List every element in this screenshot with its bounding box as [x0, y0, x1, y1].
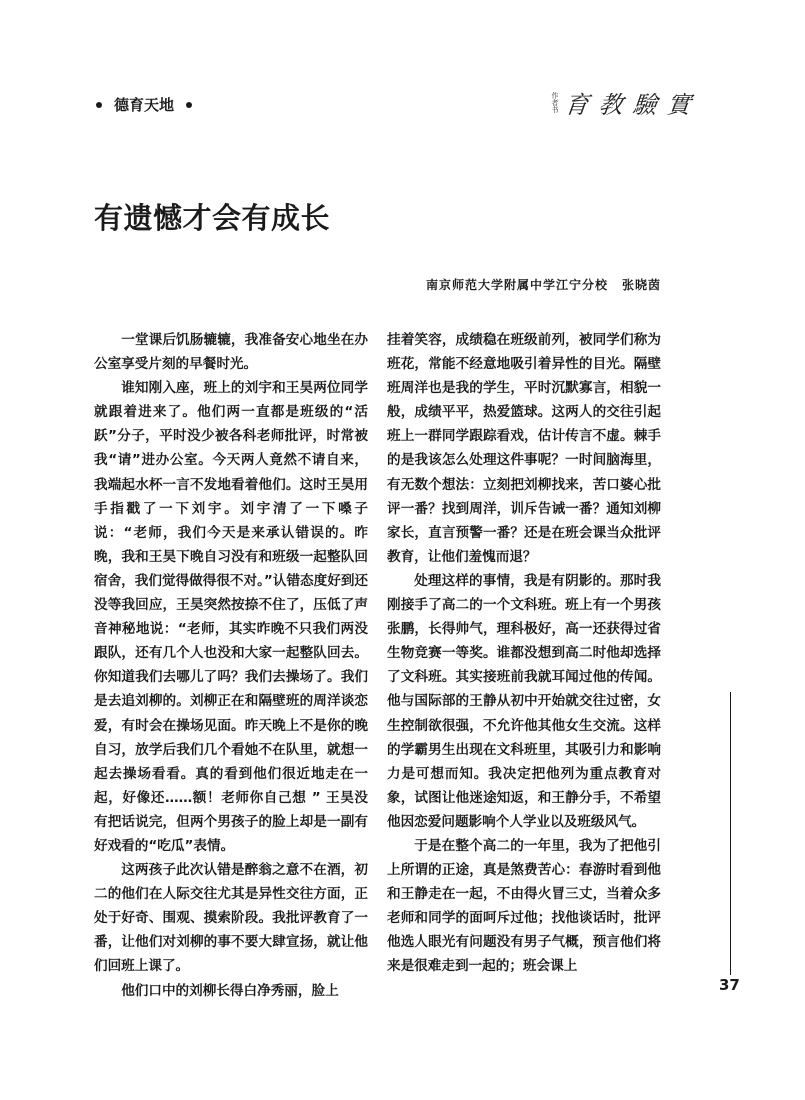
paragraph-continued: 挂着笑容，成绩稳在班级前列，被同学们称为班花，常能不经意地吸引着异性的目光。隔壁… — [387, 328, 661, 569]
bullet-icon — [96, 102, 102, 108]
paragraph: 处理这样的事情，我是有阴影的。那时我刚接手了高二的一个文科班。班上有一个男孩张鹏… — [387, 569, 661, 834]
left-column: 一堂课后饥肠辘辘，我准备安心地坐在办公室享受片刻的早餐时光。 谁知刚入座，班上的… — [94, 328, 368, 1003]
paragraph: 这两孩子此次认错是醉翁之意不在酒，初二的他们在人际交往尤其是异性交往方面，正处于… — [94, 858, 368, 978]
article-title: 有遗憾才会有成长 — [94, 196, 330, 237]
author-name: 张晓茵 — [622, 278, 661, 292]
margin-rule — [730, 692, 731, 975]
paragraph: 一堂课后饥肠辘辘，我准备安心地坐在办公室享受片刻的早餐时光。 — [94, 328, 368, 376]
masthead-seal: 作者书 — [550, 92, 559, 113]
paragraph: 谁知刚入座，班上的刘宇和王昊两位同学就跟着进来了。他们两一直都是班级的“活跃”分… — [94, 376, 368, 858]
page-number: 37 — [719, 976, 740, 994]
right-column: 挂着笑容，成绩稳在班级前列，被同学们称为班花，常能不经意地吸引着异性的目光。隔壁… — [387, 328, 661, 979]
journal-masthead: 作者书 育教驗實 — [550, 82, 701, 122]
paragraph: 他们口中的刘柳长得白净秀丽，脸上 — [94, 979, 368, 1003]
bullet-icon — [186, 102, 192, 108]
section-tag: 德育天地 — [96, 94, 192, 115]
masthead-calligraphy: 育教驗實 — [563, 85, 703, 120]
author-affiliation: 南京师范大学附属中学江宁分校 — [426, 278, 608, 292]
section-tag-label: 德育天地 — [114, 94, 174, 115]
paragraph: 于是在整个高二的一年里，我为了把他引上所谓的正途，真是煞费苦心：春游时看到他和王… — [387, 834, 661, 979]
byline: 南京师范大学附属中学江宁分校张晓茵 — [426, 276, 661, 293]
